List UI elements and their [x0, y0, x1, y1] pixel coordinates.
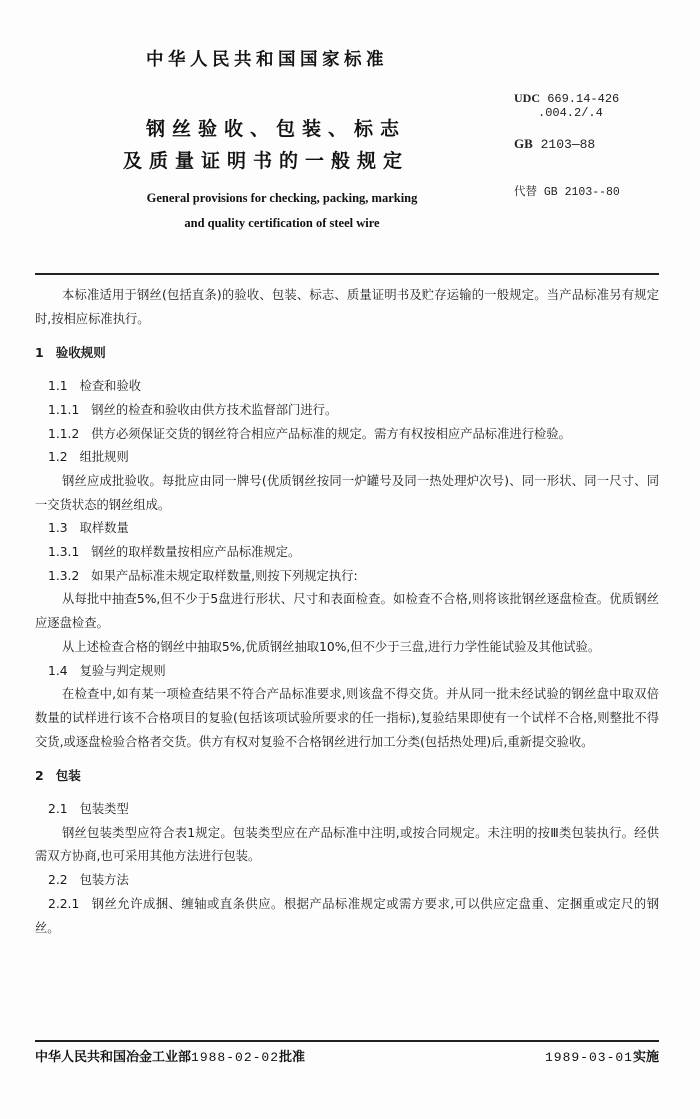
replaces-value: GB 2103--80: [544, 186, 620, 199]
clause-1-3: 1.3取样数量: [35, 517, 659, 541]
approval-label: 批准: [279, 1050, 305, 1065]
clause-2-2-1: 2.2.1钢丝允许成捆、缠轴或直条供应。根据产品标准规定或需方要求,可以供应定盘…: [35, 893, 659, 940]
section-heading-2: 2包装: [35, 764, 659, 788]
standard-org-heading: 中华人民共和国国家标准: [146, 46, 388, 71]
footer-divider: [35, 1040, 659, 1042]
effective-date: 1989-03-01: [545, 1050, 633, 1065]
approval-date: 1988-02-02: [191, 1050, 279, 1065]
document-title-line2: 及质量证明书的一般规定: [123, 146, 409, 173]
document-title-line1: 钢丝验收、包装、标志: [146, 114, 406, 141]
gb-value: 2103—88: [541, 137, 596, 152]
gb-label: GB: [514, 136, 533, 151]
clause-1-4-body: 在检查中,如有某一项检查结果不符合产品标准要求,则该盘不得交货。并从同一批未经试…: [35, 683, 659, 754]
effective-label: 实施: [633, 1050, 659, 1065]
english-title-line2: and quality certification of steel wire: [117, 216, 447, 231]
udc-value: 669.14-426: [547, 92, 619, 106]
header-divider: [35, 273, 659, 275]
intro-paragraph: 本标准适用于钢丝(包括直条)的验收、包装、标志、质量证明书及贮存运输的一般规定。…: [35, 284, 659, 331]
approval-info: 中华人民共和国冶金工业部1988-02-02批准: [35, 1046, 305, 1065]
clause-1-4: 1.4复验与判定规则: [35, 660, 659, 684]
clause-1-3-2: 1.3.2如果产品标准未规定取样数量,则按下列规定执行:: [35, 565, 659, 589]
effective-info: 1989-03-01实施: [545, 1046, 659, 1065]
clause-1-2: 1.2组批规则: [35, 446, 659, 470]
clause-2-2: 2.2包装方法: [35, 869, 659, 893]
clause-1-1-2: 1.1.2供方必须保证交货的钢丝符合相应产品标准的规定。需方有权按相应产品标准进…: [35, 423, 659, 447]
approver: 中华人民共和国冶金工业部: [35, 1050, 191, 1065]
footer: 中华人民共和国冶金工业部1988-02-02批准 1989-03-01实施: [35, 1046, 659, 1065]
udc-code: UDC 669.14-426: [514, 91, 619, 106]
english-title-line1: General provisions for checking, packing…: [117, 191, 447, 206]
clause-1-3-1: 1.3.1钢丝的取样数量按相应产品标准规定。: [35, 541, 659, 565]
udc-label: UDC: [514, 91, 540, 105]
gb-number: GB 2103—88: [514, 136, 595, 152]
document-body: 本标准适用于钢丝(包括直条)的验收、包装、标志、质量证明书及贮存运输的一般规定。…: [35, 284, 659, 940]
replaces-label: 代替: [514, 184, 537, 198]
clause-2-1-body: 钢丝包装类型应符合表1规定。包装类型应在产品标准中注明,或按合同规定。未注明的按…: [35, 822, 659, 869]
clause-1-3-2-body-a: 从每批中抽查5%,但不少于5盘进行形状、尺寸和表面检查。如检查不合格,则将该批钢…: [35, 588, 659, 635]
clause-1-3-2-body-b: 从上述检查合格的钢丝中抽取5%,优质钢丝抽取10%,但不少于三盘,进行力学性能试…: [35, 636, 659, 660]
replaces-standard: 代替 GB 2103--80: [514, 183, 620, 199]
clause-1-2-body: 钢丝应成批验收。每批应由同一牌号(优质钢丝按同一炉罐号及同一热处理炉次号)、同一…: [35, 470, 659, 517]
clause-2-1: 2.1包装类型: [35, 798, 659, 822]
clause-1-1-1: 1.1.1钢丝的检查和验收由供方技术监督部门进行。: [35, 399, 659, 423]
section-heading-1: 1验收规则: [35, 341, 659, 365]
clause-1-1: 1.1检查和验收: [35, 375, 659, 399]
udc-code-continued: .004.2/.4: [538, 106, 603, 120]
